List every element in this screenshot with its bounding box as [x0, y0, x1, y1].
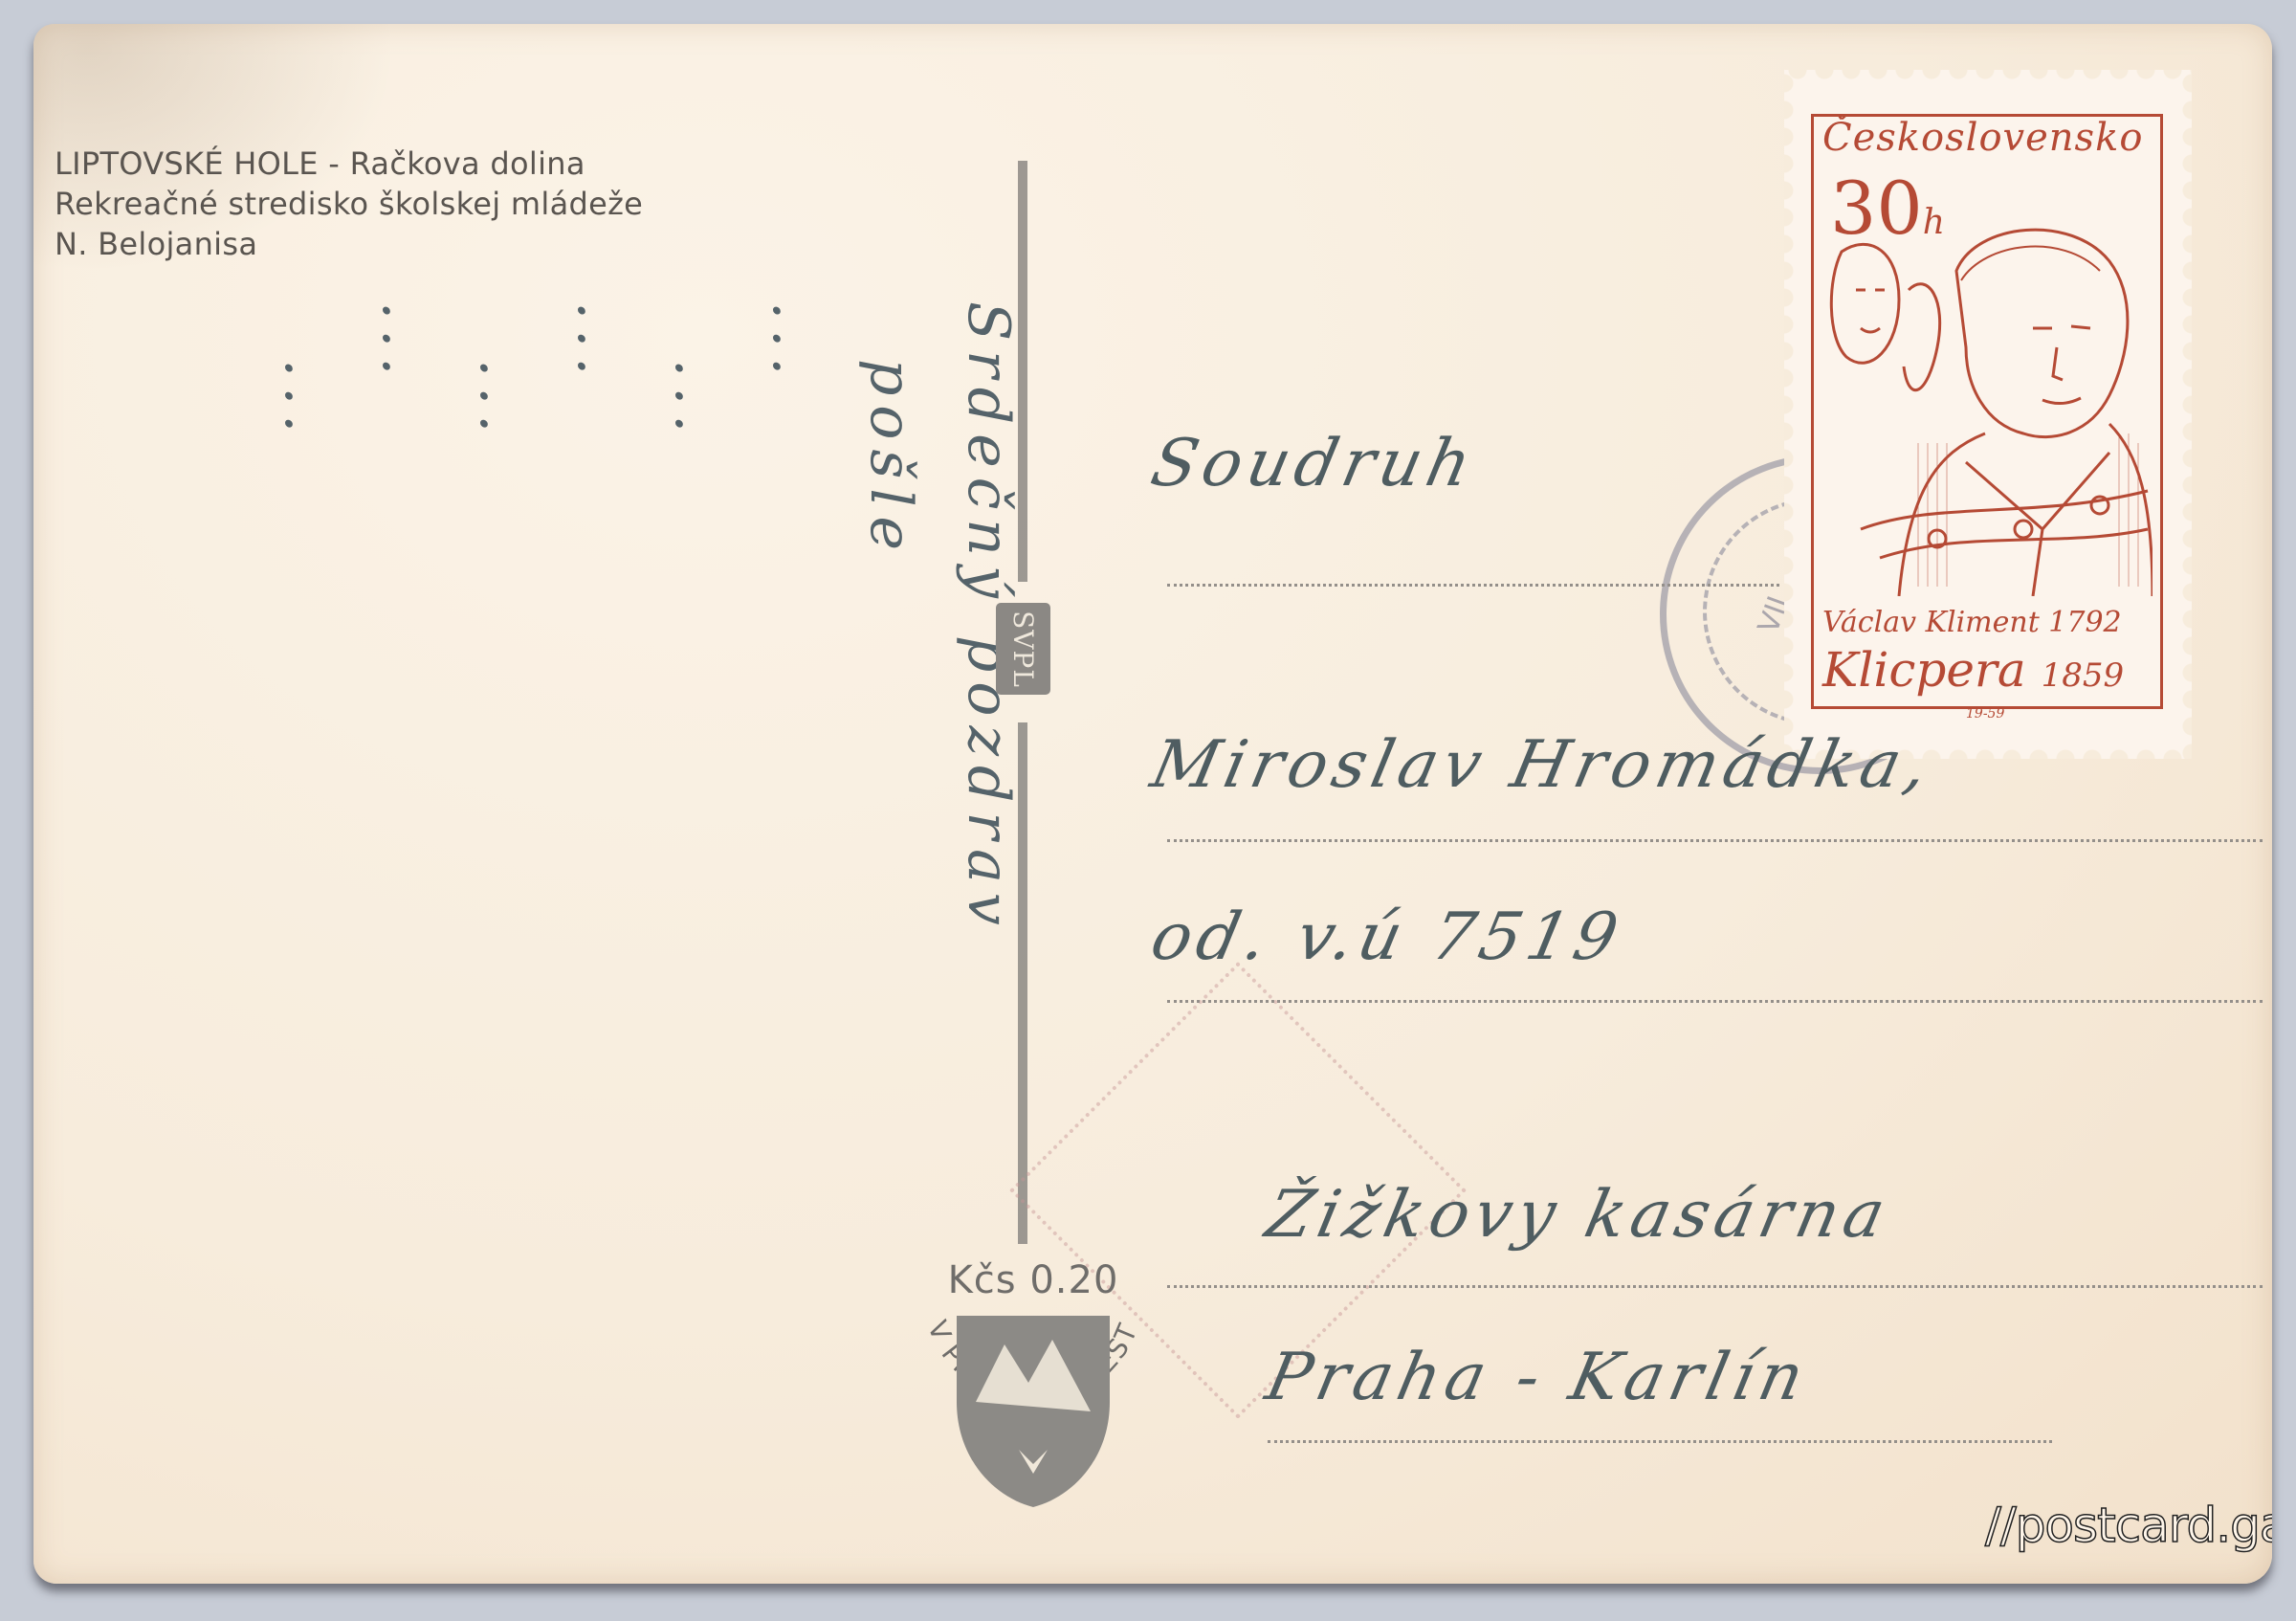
stamp-first-names: Václav Kliment	[1822, 606, 2040, 639]
message-column: ...	[753, 301, 833, 1507]
address-rule-5	[1268, 1440, 2052, 1443]
address-rule-4	[1167, 1285, 2263, 1288]
caption-line-1: LIPTOVSKÉ HOLE - Račkova dolina	[55, 144, 643, 184]
address-line-5: Praha - Karlín	[1260, 1340, 1816, 1415]
message-column: ...	[558, 301, 638, 1507]
publisher-badge: SVPL	[996, 603, 1050, 695]
shield-mountain-icon: V PROSPECH CESTOVNÉHO RUCHU	[899, 1258, 1167, 1536]
postage-stamp: Československo 30h Václav Kliment 1792 K…	[1784, 70, 2192, 759]
address-line-2: Miroslav Hromádka,	[1145, 727, 1940, 803]
caption-line-3: N. Belojanisa	[55, 224, 643, 264]
portrait-engraving-icon	[1822, 213, 2152, 596]
address-line-4: Žižkovy kasárna	[1260, 1177, 1897, 1253]
stamp-year-death: 1859	[2042, 656, 2125, 695]
stamp-surname: Klicpera	[1822, 642, 2026, 698]
address-rule-1	[1167, 584, 1779, 587]
publisher-mark: SVPL	[1007, 611, 1039, 688]
watermark: //postcard.gallery	[1985, 1498, 2272, 1553]
message-column: ...	[265, 359, 345, 1507]
postcard: LIPTOVSKÉ HOLE - Račkova dolina Rekreačn…	[33, 24, 2272, 1584]
stamp-year-birth: 1792	[2048, 606, 2121, 639]
stamp-name-last: Klicpera 1859	[1822, 642, 2124, 698]
printed-caption: LIPTOVSKÉ HOLE - Račkova dolina Rekreačn…	[55, 144, 643, 264]
address-line-3: od. v.ú 7519	[1145, 899, 1630, 975]
center-divider-top	[1018, 161, 1027, 582]
message-column: ...	[460, 359, 541, 1507]
handwritten-message: Srdečný pozdravpošle..................	[72, 301, 1028, 1507]
message-column: ...	[655, 359, 736, 1507]
stamp-engraver-mark: 19-59	[1966, 706, 2004, 722]
tax-stamp: Kčs 0.20 V PROSPECH CESTOVNÉHO RUCHU	[899, 1258, 1167, 1536]
message-column: ...	[363, 301, 443, 1507]
stamp-country: Československo	[1822, 116, 2143, 160]
center-divider-bottom	[1018, 722, 1027, 1244]
address-rule-3	[1167, 1000, 2263, 1003]
caption-line-2: Rekreačné stredisko školskej mládeže	[55, 184, 643, 224]
address-line-1: Soudruh	[1145, 426, 1484, 501]
address-rule-2	[1167, 839, 2263, 842]
stamp-name-first: Václav Kliment 1792	[1822, 606, 2122, 639]
